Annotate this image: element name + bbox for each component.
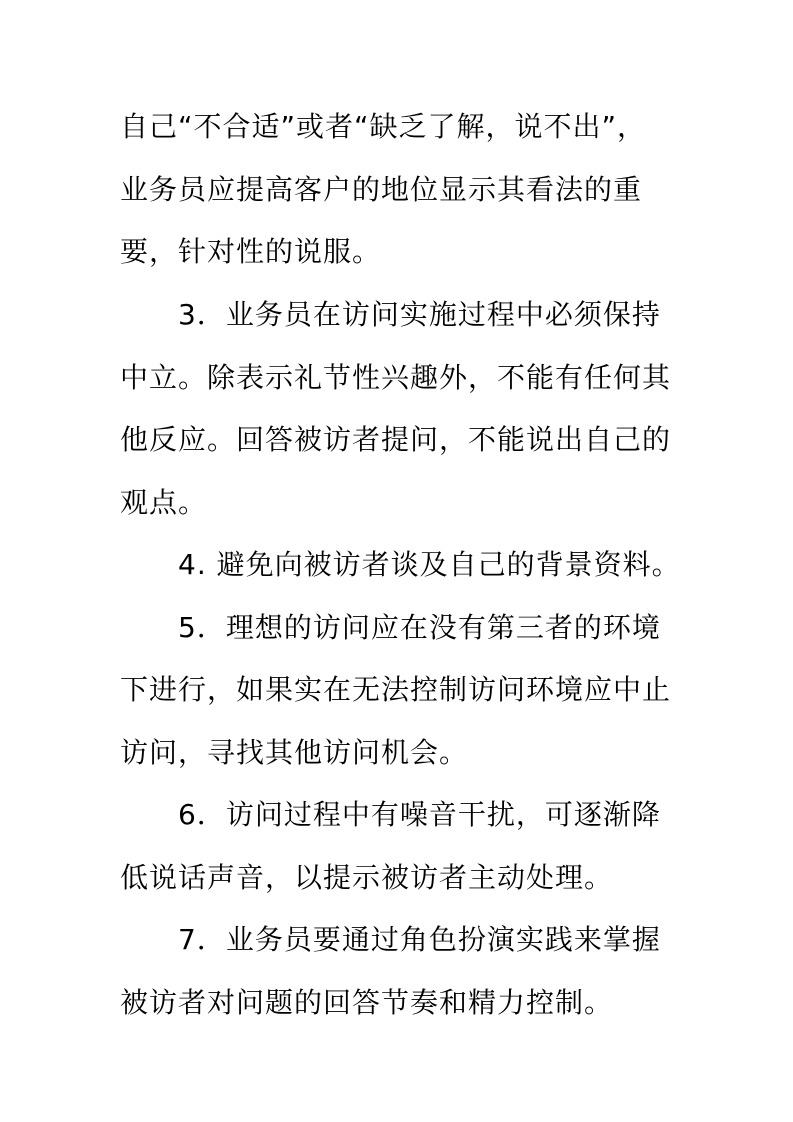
paragraph-line: 下进行，如果实在无法控制访问环境应中止 <box>120 670 671 710</box>
paragraph-line: 中立。除表示礼节性兴趣外，不能有任何其 <box>120 358 671 398</box>
paragraph-line: 自己“不合适”或者“缺乏了解，说不出”， <box>120 107 646 147</box>
document-page: 自己“不合适”或者“缺乏了解，说不出”， 业务员应提高客户的地位显示其看法的重 … <box>0 0 793 1122</box>
paragraph-line: 被访者对问题的回答节奏和精力控制。 <box>120 983 613 1023</box>
paragraph-line: 低说话声音，以提示被访者主动处理。 <box>120 858 613 898</box>
list-item-6: 6．访问过程中有噪音干扰，可逐渐降 <box>178 795 661 835</box>
list-item-5: 5．理想的访问应在没有第三者的环境 <box>178 608 661 648</box>
list-item-4: 4. 避免向被访者谈及自己的背景资料。 <box>178 545 681 585</box>
list-item-3: 3．业务员在访问实施过程中必须保持 <box>178 295 661 335</box>
paragraph-line: 访问，寻找其他访问机会。 <box>120 733 468 773</box>
paragraph-line: 要，针对性的说服。 <box>120 232 381 272</box>
paragraph-line: 业务员应提高客户的地位显示其看法的重 <box>120 170 642 210</box>
list-item-7: 7．业务员要通过角色扮演实践来掌握 <box>178 920 661 960</box>
paragraph-line: 他反应。回答被访者提问，不能说出自己的 <box>120 420 671 460</box>
paragraph-line: 观点。 <box>120 483 207 523</box>
